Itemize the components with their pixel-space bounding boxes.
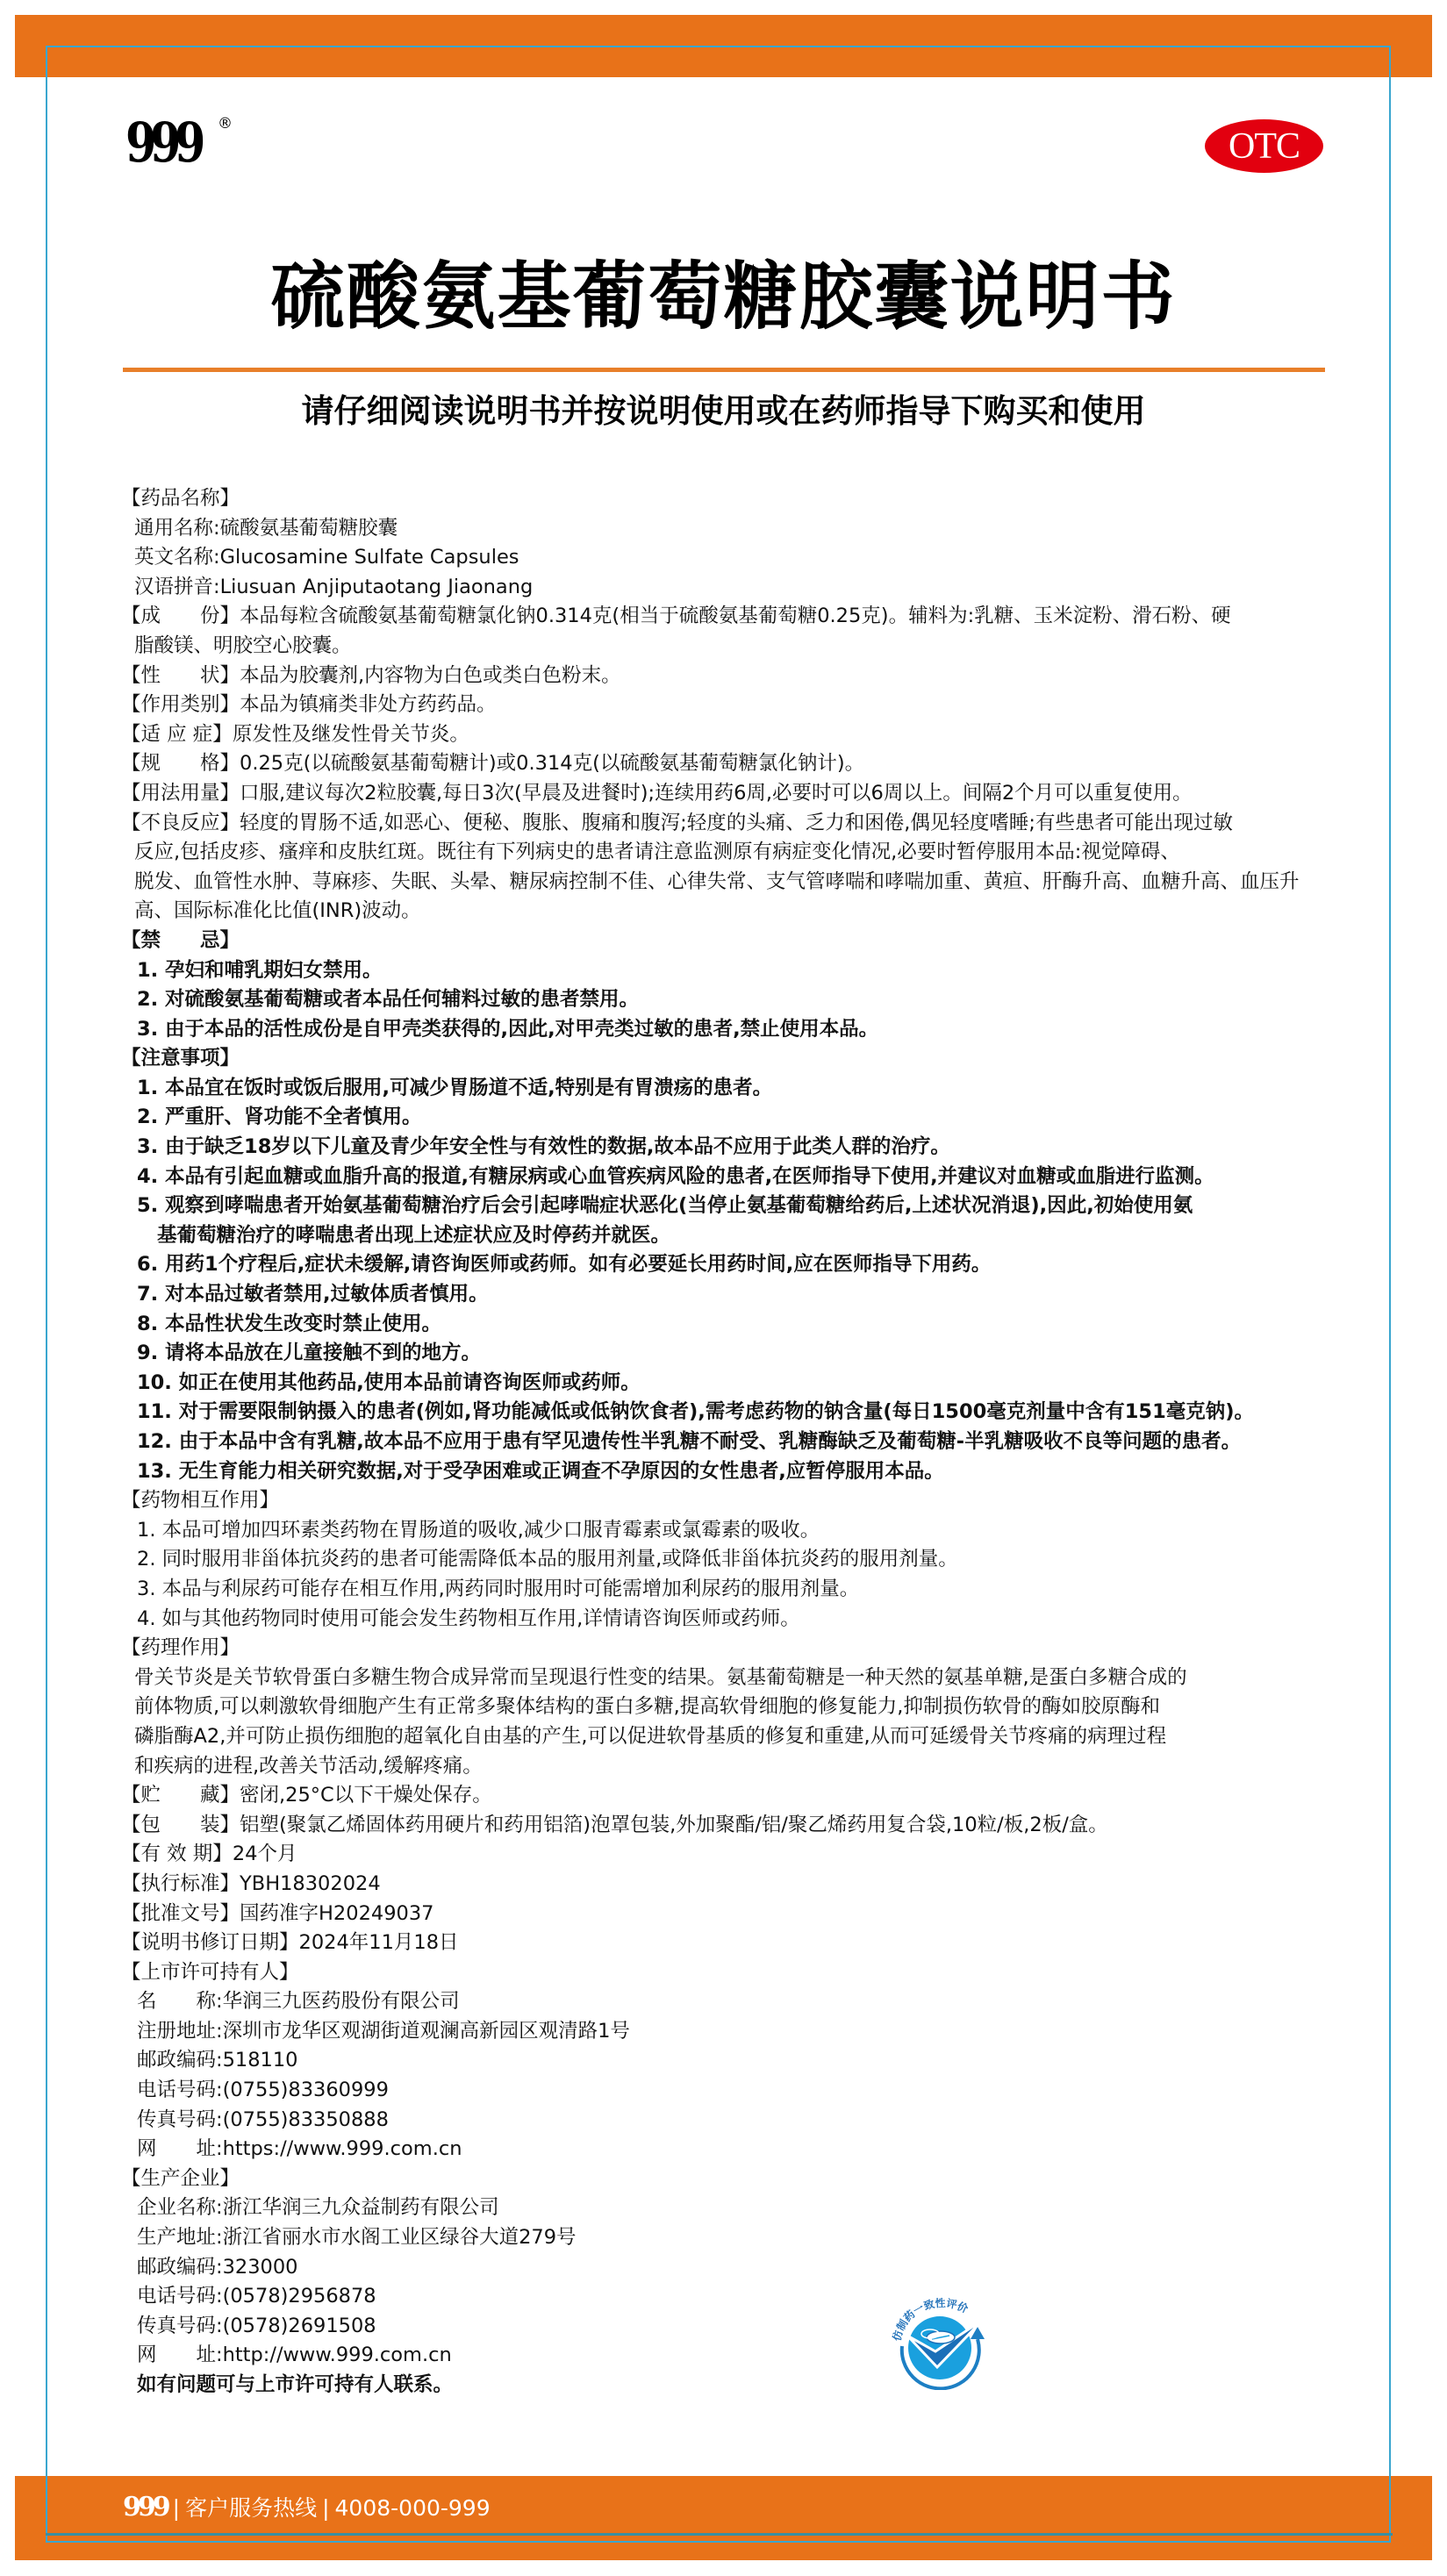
precaution-item: 4. 本品有引起血糖或血脂升高的报道,有糖尿病或心血管疾病风险的患者,在医师指导… bbox=[121, 1163, 1323, 1192]
brand-logo-999: 999 bbox=[125, 116, 199, 170]
revision-text: 2024年11月18日 bbox=[299, 1931, 459, 1954]
mfr-website-row: 网 址:http://www.999.com.cn bbox=[121, 2341, 1323, 2371]
leaflet-body: 【药品名称】 通用名称:硫酸氨基葡萄糖胶囊 英文名称:Glucosamine S… bbox=[121, 484, 1323, 2401]
section-heading-approval: 【批准文号】 bbox=[121, 1902, 240, 1925]
section-heading-package: 【包 装】 bbox=[121, 1814, 240, 1836]
field-value: (0578)2956878 bbox=[223, 2285, 376, 2308]
adverse-cont: 高、国际标准化比值(INR)波动。 bbox=[121, 897, 1323, 927]
section-heading-mah: 【上市许可持有人】 bbox=[121, 1958, 1323, 1988]
generic-drug-consistency-evaluation-icon: 仿制药一致性评价 bbox=[883, 2293, 997, 2390]
section-heading-interactions: 【药物相互作用】 bbox=[121, 1486, 1323, 1516]
page-subtitle: 请仔细阅读说明书并按说明使用或在药师指导下购买和使用 bbox=[0, 395, 1447, 427]
description-row: 【性 状】本品为胶囊剂,内容物为白色或类白色粉末。 bbox=[121, 662, 1323, 691]
field-label: 传真号码: bbox=[137, 2108, 223, 2131]
pharmacology-line: 前体物质,可以刺激软骨细胞产生有正常多聚体结构的蛋白多糖,提高软骨细胞的修复能力… bbox=[121, 1692, 1323, 1722]
field-label: 注册地址: bbox=[137, 2020, 223, 2043]
interaction-item: 1. 本品可增加四环素类药物在胃肠道的吸收,减少口服青霉素或氯霉素的吸收。 bbox=[121, 1516, 1323, 1546]
mfr-address-row: 生产地址:浙江省丽水市水阁工业区绿谷大道279号 bbox=[121, 2223, 1323, 2253]
field-label: 生产地址: bbox=[137, 2226, 223, 2249]
precaution-item: 5. 观察到哮喘患者开始氨基葡萄糖治疗后会引起哮喘症状恶化(当停止氨基葡萄糖给药… bbox=[121, 1191, 1323, 1221]
contraindication-item: 1. 孕妇和哺乳期妇女禁用。 bbox=[121, 956, 1323, 986]
contraindication-item: 2. 对硫酸氨基葡萄糖或者本品任何辅料过敏的患者禁用。 bbox=[121, 985, 1323, 1015]
adverse-cont: 反应,包括皮疹、瘙痒和皮肤红斑。既往有下列病史的患者请注意监测原有病症变化情况,… bbox=[121, 838, 1323, 868]
section-heading-storage: 【贮 藏】 bbox=[121, 1784, 240, 1807]
section-heading-manufacturer: 【生产企业】 bbox=[121, 2165, 1323, 2194]
field-label: 通用名称: bbox=[134, 517, 220, 540]
validity-row: 【有 效 期】24个月 bbox=[121, 1840, 1323, 1870]
precaution-item: 10. 如正在使用其他药品,使用本品前请咨询医师或药师。 bbox=[121, 1369, 1323, 1399]
title-divider bbox=[123, 368, 1325, 372]
field-label: 英文名称: bbox=[134, 546, 220, 569]
field-value: 518110 bbox=[223, 2049, 298, 2072]
field-label: 汉语拼音: bbox=[134, 576, 220, 598]
indications-row: 【适 应 症】原发性及继发性骨关节炎。 bbox=[121, 720, 1323, 750]
precaution-item: 13. 无生育能力相关研究数据,对于受孕困难或正调查不孕原因的女性患者,应暂停服… bbox=[121, 1457, 1323, 1487]
mah-postcode-row: 邮政编码:518110 bbox=[121, 2046, 1323, 2076]
ingredients-text: 本品每粒含硫酸氨基葡萄糖氯化钠0.314克(相当于硫酸氨基葡萄糖0.25克)。辅… bbox=[240, 605, 1231, 627]
validity-text: 24个月 bbox=[233, 1843, 297, 1865]
mah-address-row: 注册地址:深圳市龙华区观湖街道观澜高新园区观清路1号 bbox=[121, 2017, 1323, 2047]
adverse-row: 【不良反应】轻度的胃肠不适,如恶心、便秘、腹胀、腹痛和腹泻;轻度的头痛、乏力和困… bbox=[121, 809, 1323, 839]
section-heading-ingredients: 【成 份】 bbox=[121, 605, 240, 627]
field-value: 深圳市龙华区观湖街道观澜高新园区观清路1号 bbox=[223, 2020, 630, 2043]
precaution-item-cont: 基葡萄糖治疗的哮喘患者出现上述症状应及时停药并就医。 bbox=[121, 1221, 1323, 1251]
field-label: 邮政编码: bbox=[137, 2049, 223, 2072]
ingredients-cont: 脂酸镁、明胶空心胶囊。 bbox=[121, 632, 1323, 662]
section-heading-category: 【作用类别】 bbox=[121, 693, 240, 716]
field-value: (0755)83350888 bbox=[223, 2108, 389, 2131]
footer-logo-999: 999 bbox=[123, 2492, 168, 2522]
frame-bottom-line bbox=[46, 2533, 1393, 2536]
section-heading-adverse: 【不良反应】 bbox=[121, 812, 240, 834]
field-label: 企业名称: bbox=[137, 2196, 223, 2219]
interaction-item: 3. 本品与利尿药可能存在相互作用,两药同时服用时可能需增加利尿药的服用剂量。 bbox=[121, 1575, 1323, 1605]
field-label: 传真号码: bbox=[137, 2315, 223, 2337]
precaution-item: 7. 对本品过敏者禁用,过敏体质者慎用。 bbox=[121, 1280, 1323, 1310]
pinyin-name-row: 汉语拼音:Liusuan Anjiputaotang Jiaonang bbox=[121, 573, 1323, 603]
section-heading-standard: 【执行标准】 bbox=[121, 1872, 240, 1895]
section-heading-contraindications: 【禁 忌】 bbox=[121, 927, 1323, 956]
adverse-cont: 脱发、血管性水肿、荨麻疹、失眠、头晕、糖尿病控制不佳、心律失常、支气管哮喘和哮喘… bbox=[121, 868, 1323, 898]
field-value: 323000 bbox=[223, 2256, 298, 2279]
revision-row: 【说明书修订日期】2024年11月18日 bbox=[121, 1928, 1323, 1958]
precaution-item: 12. 由于本品中含有乳糖,故本品不应用于患有罕见遗传性半乳糖不耐受、乳糖酶缺乏… bbox=[121, 1428, 1323, 1457]
pharmacology-line: 骨关节炎是关节软骨蛋白多糖生物合成异常而呈现退行性变的结果。氨基葡萄糖是一种天然… bbox=[121, 1664, 1323, 1693]
mah-website-row: 网 址:https://www.999.com.cn bbox=[121, 2135, 1323, 2165]
interaction-item: 4. 如与其他药物同时使用可能会发生药物相互作用,详情请咨询医师或药师。 bbox=[121, 1605, 1323, 1635]
field-label: 邮政编码: bbox=[137, 2256, 223, 2279]
page-title: 硫酸氨基葡萄糖胶囊说明书 bbox=[0, 260, 1447, 333]
pharmacology-line: 和疾病的进程,改善关节活动,缓解疼痛。 bbox=[121, 1752, 1323, 1782]
field-label: 网 址: bbox=[137, 2343, 223, 2366]
section-heading-description: 【性 状】 bbox=[121, 664, 240, 687]
section-heading-dosage: 【用法用量】 bbox=[121, 782, 240, 805]
field-label: 网 址: bbox=[137, 2137, 223, 2160]
section-heading-specification: 【规 格】 bbox=[121, 752, 240, 775]
field-value: 华润三九医药股份有限公司 bbox=[223, 1990, 460, 2013]
precaution-item: 3. 由于缺乏18岁以下儿童及青少年安全性与有效性的数据,故本品不应用于此类人群… bbox=[121, 1133, 1323, 1163]
otc-badge: OTC bbox=[1205, 119, 1323, 173]
section-heading-precautions: 【注意事项】 bbox=[121, 1044, 1323, 1074]
category-text: 本品为镇痛类非处方药药品。 bbox=[240, 693, 497, 716]
mfr-website-link[interactable]: http://www.999.com.cn bbox=[223, 2343, 452, 2366]
field-label: 电话号码: bbox=[137, 2079, 223, 2101]
description-text: 本品为胶囊剂,内容物为白色或类白色粉末。 bbox=[240, 664, 621, 687]
contraindication-item: 3. 由于本品的活性成份是自甲壳类获得的,因此,对甲壳类过敏的患者,禁止使用本品… bbox=[121, 1015, 1323, 1045]
mfr-postcode-row: 邮政编码:323000 bbox=[121, 2253, 1323, 2283]
precaution-item: 8. 本品性状发生改变时禁止使用。 bbox=[121, 1310, 1323, 1340]
field-value: Liusuan Anjiputaotang Jiaonang bbox=[220, 576, 534, 598]
specification-text: 0.25克(以硫酸氨基葡萄糖计)或0.314克(以硫酸氨基葡萄糖氯化钠计)。 bbox=[240, 752, 864, 775]
field-value: 浙江华润三九众益制药有限公司 bbox=[223, 2196, 499, 2219]
mah-phone-row: 电话号码:(0755)83360999 bbox=[121, 2076, 1323, 2106]
hotline-number[interactable]: 4008-000-999 bbox=[335, 2495, 491, 2521]
precaution-item: 2. 严重肝、肾功能不全者慎用。 bbox=[121, 1103, 1323, 1133]
section-heading-pharmacology: 【药理作用】 bbox=[121, 1634, 1323, 1664]
approval-row: 【批准文号】国药准字H20249037 bbox=[121, 1900, 1323, 1929]
field-value: (0578)2691508 bbox=[223, 2315, 376, 2337]
pharmacology-line: 磷脂酶A2,并可防止损伤细胞的超氧化自由基的产生,可以促进软骨基质的修复和重建,… bbox=[121, 1722, 1323, 1752]
precaution-item: 1. 本品宜在饭时或饭后服用,可减少胃肠道不适,特别是有胃溃疡的患者。 bbox=[121, 1074, 1323, 1104]
section-heading-drug-name: 【药品名称】 bbox=[121, 484, 1323, 514]
section-heading-revision: 【说明书修订日期】 bbox=[121, 1931, 299, 1954]
field-value: (0755)83360999 bbox=[223, 2079, 389, 2101]
interaction-item: 2. 同时服用非甾体抗炎药的患者可能需降低本品的服用剂量,或降低非甾体抗炎药的服… bbox=[121, 1545, 1323, 1575]
field-label: 名 称: bbox=[137, 1990, 223, 2013]
mah-fax-row: 传真号码:(0755)83350888 bbox=[121, 2106, 1323, 2136]
standard-row: 【执行标准】YBH18302024 bbox=[121, 1870, 1323, 1900]
mah-website-link[interactable]: https://www.999.com.cn bbox=[223, 2137, 462, 2160]
precaution-item: 9. 请将本品放在儿童接触不到的地方。 bbox=[121, 1339, 1323, 1369]
english-name-row: 英文名称:Glucosamine Sulfate Capsules bbox=[121, 543, 1323, 573]
hotline-label: 客户服务热线 bbox=[185, 2495, 317, 2521]
package-text: 铝塑(聚氯乙烯固体药用硬片和药用铝箔)泡罩包装,外加聚酯/铝/聚乙烯药用复合袋,… bbox=[240, 1814, 1108, 1836]
footer-hotline: 999|客户服务热线|4008-000-999 bbox=[123, 2494, 491, 2521]
field-value: 浙江省丽水市水阁工业区绿谷大道279号 bbox=[223, 2226, 577, 2249]
footer-separator: | bbox=[173, 2495, 180, 2521]
precaution-item: 6. 用药1个疗程后,症状未缓解,请咨询医师或药师。如有必要延长用药时间,应在医… bbox=[121, 1250, 1323, 1280]
section-heading-indications: 【适 应 症】 bbox=[121, 723, 233, 746]
footer-separator: | bbox=[322, 2495, 329, 2521]
mah-name-row: 名 称:华润三九医药股份有限公司 bbox=[121, 1987, 1323, 2017]
storage-row: 【贮 藏】密闭,25°C以下干燥处保存。 bbox=[121, 1781, 1323, 1811]
storage-text: 密闭,25°C以下干燥处保存。 bbox=[240, 1784, 492, 1807]
approval-text: 国药准字H20249037 bbox=[240, 1902, 433, 1925]
mfr-phone-row: 电话号码:(0578)2956878 bbox=[121, 2282, 1323, 2312]
field-value: 硫酸氨基葡萄糖胶囊 bbox=[220, 517, 398, 540]
adverse-text: 轻度的胃肠不适,如恶心、便秘、腹胀、腹痛和腹泻;轻度的头痛、乏力和困倦,偶见轻度… bbox=[240, 812, 1233, 834]
contact-note: 如有问题可与上市许可持有人联系。 bbox=[121, 2371, 1323, 2401]
field-value: Glucosamine Sulfate Capsules bbox=[220, 546, 519, 569]
standard-text: YBH18302024 bbox=[240, 1872, 381, 1895]
field-label: 电话号码: bbox=[137, 2285, 223, 2308]
category-row: 【作用类别】本品为镇痛类非处方药药品。 bbox=[121, 691, 1323, 720]
dosage-row: 【用法用量】口服,建议每次2粒胶囊,每日3次(早晨及进餐时);连续用药6周,必要… bbox=[121, 779, 1323, 809]
mfr-name-row: 企业名称:浙江华润三九众益制药有限公司 bbox=[121, 2193, 1323, 2223]
mfr-fax-row: 传真号码:(0578)2691508 bbox=[121, 2312, 1323, 2342]
precaution-item: 11. 对于需要限制钠摄入的患者(例如,肾功能减低或低钠饮食者),需考虑药物的钠… bbox=[121, 1398, 1323, 1428]
registered-mark-icon: ® bbox=[218, 117, 233, 132]
specification-row: 【规 格】0.25克(以硫酸氨基葡萄糖计)或0.314克(以硫酸氨基葡萄糖氯化钠… bbox=[121, 749, 1323, 779]
package-row: 【包 装】铝塑(聚氯乙烯固体药用硬片和药用铝箔)泡罩包装,外加聚酯/铝/聚乙烯药… bbox=[121, 1811, 1323, 1841]
section-heading-validity: 【有 效 期】 bbox=[121, 1843, 233, 1865]
generic-name-row: 通用名称:硫酸氨基葡萄糖胶囊 bbox=[121, 514, 1323, 544]
ingredients-row: 【成 份】本品每粒含硫酸氨基葡萄糖氯化钠0.314克(相当于硫酸氨基葡萄糖0.2… bbox=[121, 602, 1323, 632]
indications-text: 原发性及继发性骨关节炎。 bbox=[233, 723, 469, 746]
dosage-text: 口服,建议每次2粒胶囊,每日3次(早晨及进餐时);连续用药6周,必要时可以6周以… bbox=[240, 782, 1193, 805]
